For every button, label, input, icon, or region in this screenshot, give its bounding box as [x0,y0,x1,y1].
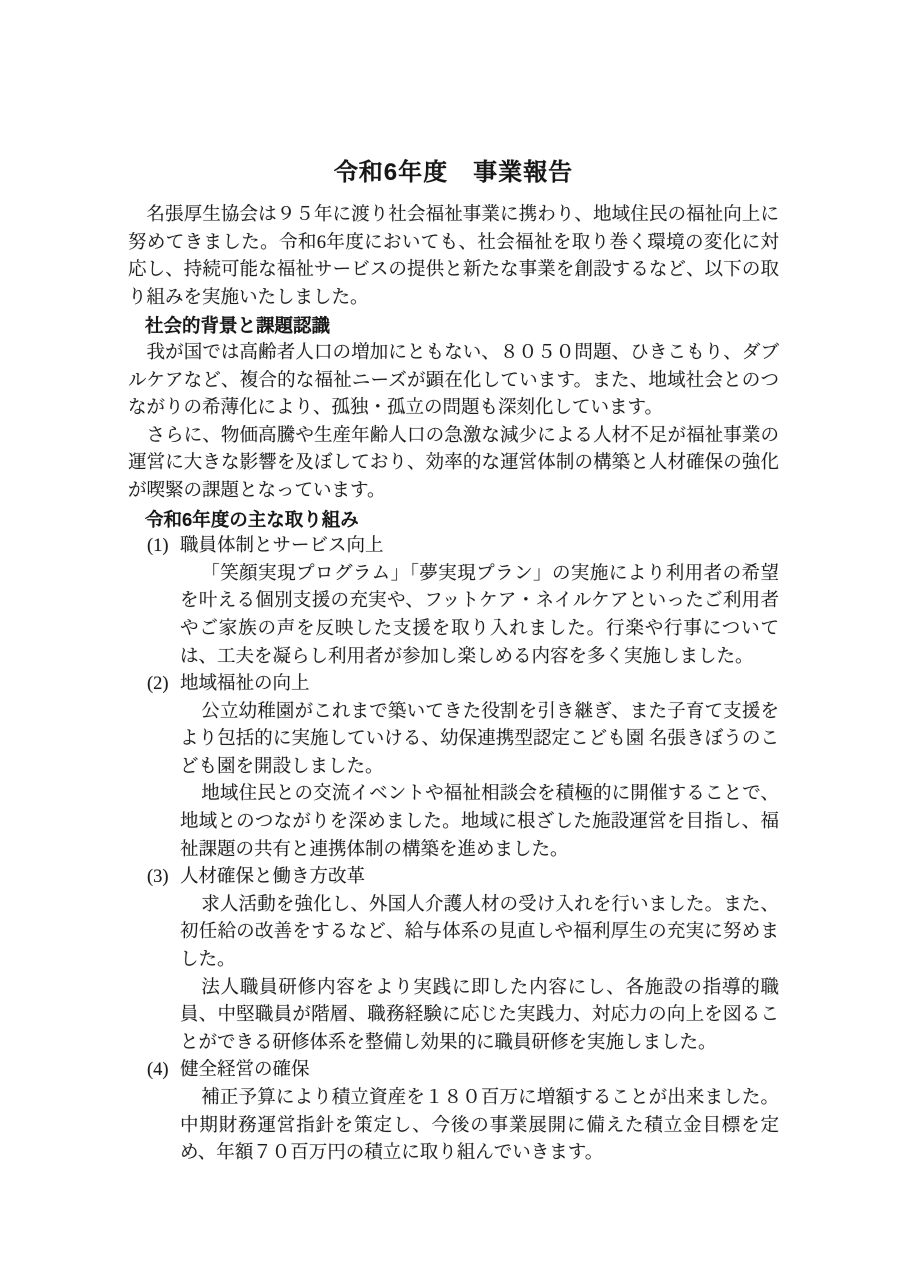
list-item-2: (2) 地域福祉の向上 公立幼稚園がこれまで築いてきた役割を引き継ぎ、また子育て… [128,671,779,864]
item-paragraph: 補正予算により積立資産を１８０百万に増額することが出来ました。中期財務運営指針を… [180,1085,779,1168]
list-item-4-head: (4) 健全経営の確保 [147,1057,779,1085]
list-item-3: (3) 人材確保と働き方改革 求人活動を強化し、外国人介護人材の受け入れを行いま… [128,864,779,1057]
section-heading-main-initiatives: 令和6年度の主な取り組み [145,506,779,534]
section-heading-social-background: 社会的背景と課題認識 [145,312,779,340]
document-title: 令和6年度 事業報告 [128,156,779,190]
item-paragraph: 地域住民との交流イベントや福祉相談会を積極的に開催することで、地域とのつながりを… [180,781,779,864]
background-paragraph-1: 我が国では高齢者人口の増加にともない、８０５０問題、ひきこもり、ダブルケアなど、… [128,340,779,423]
item-paragraph: 「笑顔実現プログラム」「夢実現プラン」の実施により利用者の希望を叶える個別支援の… [180,561,779,671]
document-content: 令和6年度 事業報告 名張厚生協会は９５年に渡り社会福祉事業に携わり、地域住民の… [128,156,779,1168]
list-item-1: (1) 職員体制とサービス向上 「笑顔実現プログラム」「夢実現プラン」の実施によ… [128,533,779,671]
list-item-1-head: (1) 職員体制とサービス向上 [147,533,779,561]
list-item-3-head: (3) 人材確保と働き方改革 [147,864,779,892]
item-title: 地域福祉の向上 [180,671,779,699]
item-paragraph: 法人職員研修内容をより実践に即した内容にし、各施設の指導的職員、中堅職員が階層、… [180,975,779,1058]
document-page: 令和6年度 事業報告 名張厚生協会は９５年に渡り社会福祉事業に携わり、地域住民の… [0,0,905,1280]
item-title: 人材確保と働き方改革 [180,864,779,892]
background-paragraph-2: さらに、物価高騰や生産年齢人口の急激な減少による人材不足が福祉事業の運営に大きな… [128,423,779,506]
item-number: (3) [147,864,180,892]
item-title: 職員体制とサービス向上 [180,533,779,561]
item-number: (2) [147,671,180,699]
list-item-4: (4) 健全経営の確保 補正予算により積立資産を１８０百万に増額することが出来ま… [128,1057,779,1167]
intro-paragraph: 名張厚生協会は９５年に渡り社会福祉事業に携わり、地域住民の福祉向上に努めてきまし… [128,202,779,312]
item-title: 健全経営の確保 [180,1057,779,1085]
item-number: (1) [147,533,180,561]
item-paragraph: 求人活動を強化し、外国人介護人材の受け入れを行いました。また、初任給の改善をする… [180,892,779,975]
item-number: (4) [147,1057,180,1085]
item-paragraph: 公立幼稚園がこれまで築いてきた役割を引き継ぎ、また子育て支援をより包括的に実施し… [180,699,779,782]
list-item-2-head: (2) 地域福祉の向上 [147,671,779,699]
